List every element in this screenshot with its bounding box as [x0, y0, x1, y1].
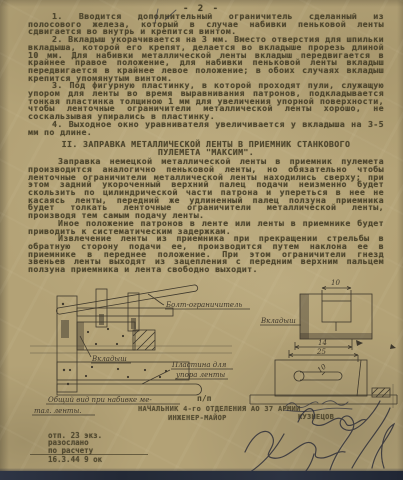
footer-block: отп. 23 экз. разослано по расчету 16.3.4… — [48, 432, 102, 463]
insert-detail-drawing: Вкладыш 10 14 25 — [250, 279, 397, 408]
label-plate-line1: Пластина для — [171, 361, 227, 369]
paragraph-7: Извлечение ленты из приемника при прекра… — [28, 235, 384, 274]
slot-shape — [294, 371, 342, 381]
scanned-document-page: - 2 - 1. Вводится дополнительный огранич… — [0, 0, 403, 480]
paragraph-3: 3. Под фигурную пластинку, в которой про… — [28, 82, 384, 121]
signature-name: КУЗНЕЦОВ — [298, 413, 334, 421]
footer-date: 16.3.44 9 ок — [48, 456, 102, 463]
document-body: 1. Вводится дополнительный ограничитель … — [28, 13, 384, 274]
label-insert-left: Вкладыш — [91, 355, 127, 363]
label-bolt-limiter: Болт-ограничитель — [165, 301, 242, 309]
section-heading: II. ЗАПРАВКА МЕТАЛЛИЧЕСКОЙ ЛЕНТЫ В ПРИЕМ… — [50, 140, 362, 156]
dim-14-label: 14 — [318, 339, 327, 347]
dim-10-slot-label: 10 — [316, 362, 328, 374]
label-plate-line2: упора ленты — [175, 371, 226, 379]
drawing-caption-line1: Общий вид при набивке ме- — [48, 396, 152, 404]
footer-rule — [30, 454, 148, 455]
paragraph-2: 2. Вкладыш укорачивается на 3 мм. Вместо… — [28, 36, 384, 82]
dim-10-top-label: 10 — [331, 279, 340, 287]
paragraph-4: 4. Выходное окно уравнивателя увеличивае… — [28, 121, 384, 136]
signature-title-line1: НАЧАЛЬНИК 4-го ОТДЕЛЕНИЯ АО 37 АРМИИ — [138, 405, 301, 413]
paragraph-1: 1. Вводится дополнительный ограничитель … — [28, 13, 384, 36]
dim-25-label: 25 — [316, 348, 326, 356]
machine-general-view-drawing: Болт-ограничитель Вкладыш Пластина для у… — [30, 285, 250, 415]
drawing-caption-line2: тал. ленты. — [34, 407, 82, 415]
base-bar — [57, 384, 202, 395]
label-insert-right: Вкладыш — [260, 317, 296, 325]
paragraph-5: Заправка немецкой металлической ленты в … — [28, 158, 384, 220]
abbreviation-pp: п/п — [197, 394, 212, 403]
technical-drawing: Болт-ограничитель Вкладыш Пластина для у… — [0, 274, 403, 422]
scan-edge-strip — [0, 471, 403, 480]
signature-title-line2: ИНЖЕНЕР-МАЙОР — [168, 414, 227, 422]
hatched-area — [133, 330, 155, 350]
lever-arm — [56, 285, 197, 314]
